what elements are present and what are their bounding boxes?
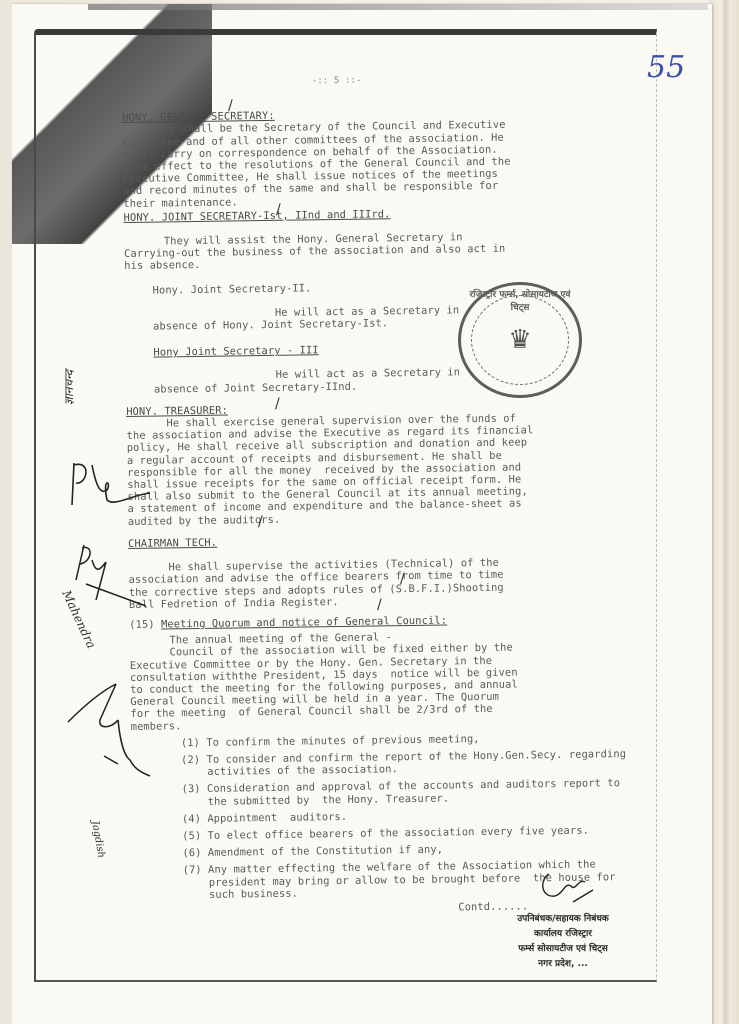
check-mark-icon: / bbox=[276, 202, 281, 218]
margin-note-signature: ज्ञानचन्द bbox=[60, 370, 77, 405]
handwritten-page-number: 55 bbox=[647, 50, 685, 85]
seal-line: उपनिबंधक/सहायक निबंधक bbox=[508, 912, 618, 927]
agenda-item-3: (3) Consideration and approval of the ac… bbox=[181, 777, 641, 808]
signature-icon bbox=[66, 540, 156, 610]
seal-line: कार्यालय रजिस्ट्रार bbox=[508, 927, 618, 942]
national-emblem-icon: ♛ bbox=[508, 325, 531, 355]
seal-line: फर्म्स सोसायटीज एवं चिट्स bbox=[508, 942, 618, 957]
official-seal-stamp: रजिस्ट्रार फर्म्स, सोसायटीज एवं चिट्स ♛ bbox=[458, 282, 582, 398]
typed-document-body: -:: 5 ::- HONY. GENERAL SECRETARY: He sh… bbox=[122, 99, 643, 918]
check-mark-icon: / bbox=[228, 98, 233, 114]
agenda-item-2: (2) To consider and confirm the report o… bbox=[181, 748, 641, 779]
check-mark-icon: / bbox=[377, 597, 382, 613]
agenda-item-6: (6) Amendment of the Constitution if any… bbox=[182, 841, 642, 860]
agenda-item-4: (4) Appointment auditors. bbox=[182, 807, 642, 826]
signature-icon bbox=[62, 455, 152, 515]
stacked-page-edges bbox=[709, 0, 739, 1024]
seal-line: नगर प्रदेश, ... bbox=[508, 957, 618, 972]
check-mark-icon: / bbox=[275, 396, 280, 412]
section-number: (15) bbox=[129, 619, 155, 631]
signature-icon bbox=[535, 868, 595, 908]
agenda-item-1: (1) To confirm the minutes of previous m… bbox=[181, 731, 641, 750]
check-mark-icon: / bbox=[400, 571, 405, 587]
stamp-text: रजिस्ट्रार फर्म्स, सोसायटीज एवं चिट्स bbox=[461, 287, 579, 313]
official-designation-seal: उपनिबंधक/सहायक निबंधक कार्यालय रजिस्ट्रा… bbox=[508, 912, 618, 972]
photocopy-top-edge bbox=[88, 4, 708, 10]
section-title: Meeting Quorum and notice of General Cou… bbox=[161, 614, 447, 630]
check-mark-icon: / bbox=[258, 514, 263, 530]
agenda-item-5: (5) To elect office bearers of the assoc… bbox=[182, 824, 642, 843]
signature-icon bbox=[60, 660, 160, 790]
